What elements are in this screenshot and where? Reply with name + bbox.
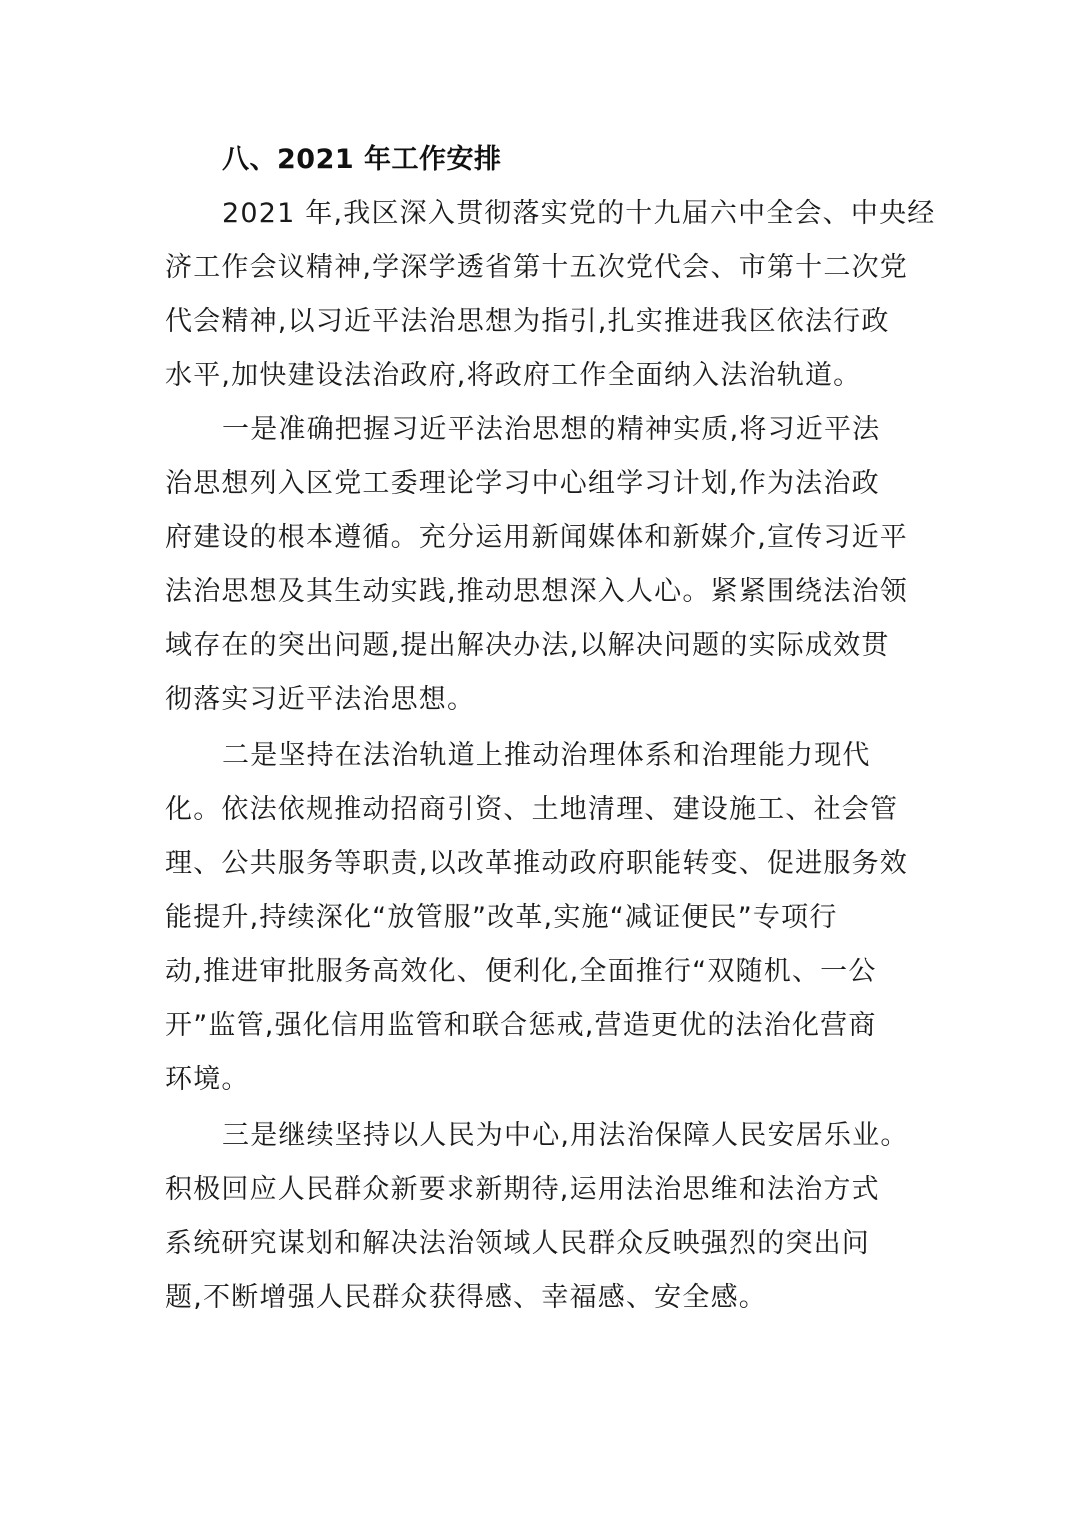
text-line: 水平,加快建设法治政府,将政府工作全面纳入法治轨道。 <box>165 360 925 392</box>
text-line: 府建设的根本遵循。充分运用新闻媒体和新媒介,宣传习近平 <box>165 522 925 554</box>
text-line: 环境。 <box>165 1064 925 1096</box>
text-line: 理、公共服务等职责,以改革推动政府职能转变、促进服务效 <box>165 848 925 880</box>
section-heading: 八、2021 年工作安排 <box>222 144 982 176</box>
text-line: 法治思想及其生动实践,推动思想深入人心。紧紧围绕法治领 <box>165 576 925 608</box>
text-line: 代会精神,以习近平法治思想为指引,扎实推进我区依法行政 <box>165 306 925 338</box>
text-line: 三是继续坚持以人民为中心,用法治保障人民安居乐业。 <box>222 1120 982 1152</box>
text-line: 济工作会议精神,学深学透省第十五次党代会、市第十二次党 <box>165 252 925 284</box>
text-line: 积极回应人民群众新要求新期待,运用法治思维和法治方式 <box>165 1174 925 1206</box>
text-line: 一是准确把握习近平法治思想的精神实质,将习近平法 <box>222 414 982 446</box>
text-line: 化。依法依规推动招商引资、土地清理、建设施工、社会管 <box>165 794 925 826</box>
document-page: 八、2021 年工作安排 2021 年,我区深入贯彻落实党的十九届六中全会、中央… <box>0 0 1074 1520</box>
text-line: 域存在的突出问题,提出解决办法,以解决问题的实际成效贯 <box>165 630 925 662</box>
text-line: 治思想列入区党工委理论学习中心组学习计划,作为法治政 <box>165 468 925 500</box>
text-line: 2021 年,我区深入贯彻落实党的十九届六中全会、中央经 <box>222 198 982 230</box>
text-line: 系统研究谋划和解决法治领域人民群众反映强烈的突出问 <box>165 1228 925 1260</box>
text-line: 二是坚持在法治轨道上推动治理体系和治理能力现代 <box>222 740 982 772</box>
text-line: 动,推进审批服务高效化、便利化,全面推行“双随机、一公 <box>165 956 925 988</box>
text-line: 能提升,持续深化“放管服”改革,实施“减证便民”专项行 <box>165 902 925 934</box>
text-line: 彻落实习近平法治思想。 <box>165 684 925 716</box>
text-line: 题,不断增强人民群众获得感、幸福感、安全感。 <box>165 1282 925 1314</box>
text-line: 开”监管,强化信用监管和联合惩戒,营造更优的法治化营商 <box>165 1010 925 1042</box>
